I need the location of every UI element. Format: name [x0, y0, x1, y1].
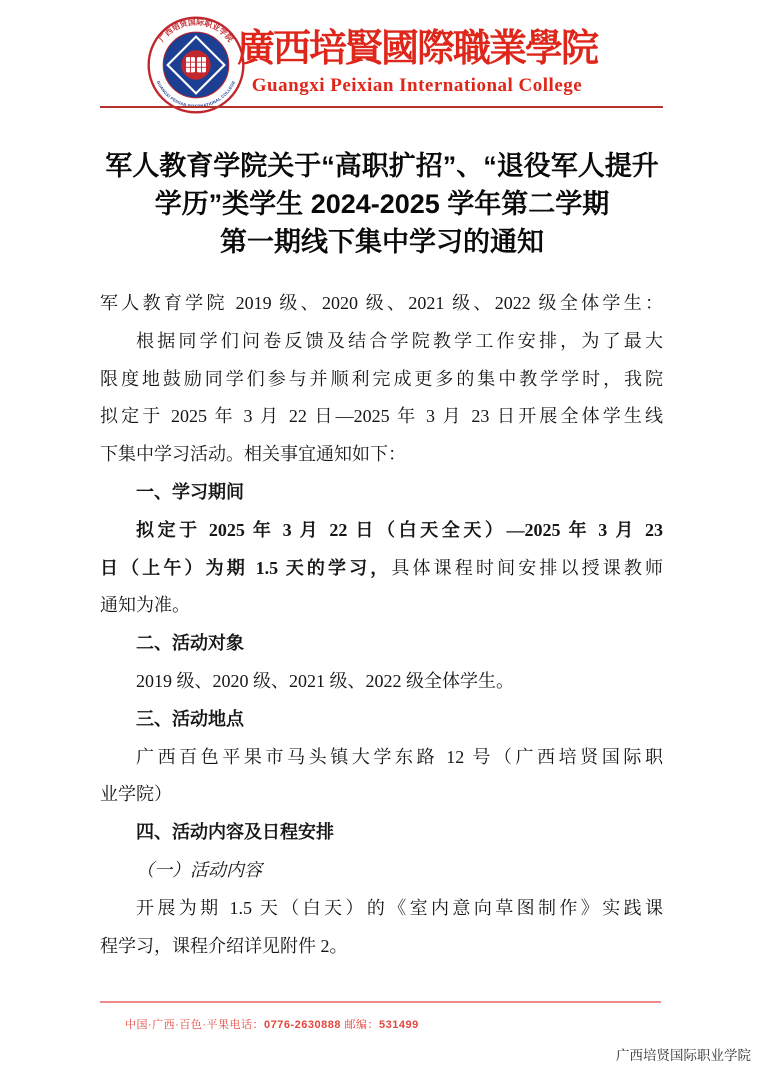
- footer-divider-rule: [100, 1001, 661, 1003]
- notice-title: 军人教育学院关于“高职扩招”、“退役军人提升学历”类学生 2024-2025 学…: [84, 147, 680, 261]
- footer-contact-info: 中国·广西·百色·平果电话：0776-2630888 邮编：531499: [125, 1018, 419, 1033]
- text-segment: 拟定于 2025 年 3 月 22 日（白天全天）—2025 年 3 月 23: [136, 520, 663, 540]
- text-segment: 根据同学们问卷反馈及结合学院教学工作安排，为了最大: [136, 331, 663, 351]
- body-line: 拟定于 2025 年 3 月 22 日（白天全天）—2025 年 3 月 23: [100, 512, 663, 550]
- text-segment: 下集中学习活动。相关事宜通知如下：: [100, 444, 406, 464]
- text-segment: 业学院）: [100, 784, 172, 804]
- body-line: 根据同学们问卷反馈及结合学院教学工作安排，为了最大: [100, 323, 663, 361]
- text-segment: 具体课程时间安排以授课教师: [391, 558, 663, 578]
- document-page: 广西培贤国际职业学院 GUANGXI PEIXIAN INTERNATIONAL…: [0, 0, 764, 1080]
- body-line: 拟定于 2025 年 3 月 22 日—2025 年 3 月 23 日开展全体学…: [100, 398, 663, 436]
- seal-center-circle: [181, 50, 210, 79]
- body-line: 军人教育学院 2019 级、2020 级、2021 级、2022 级全体学生：: [100, 285, 663, 323]
- body-line: 广西百色平果市马头镇大学东路 12 号（广西培贤国际职: [100, 739, 663, 777]
- text-segment: 程学习，课程介绍详见附件 2。: [100, 936, 348, 956]
- text-segment: 中国·广西·百色·平果电话：: [125, 1019, 264, 1031]
- text-segment: 二、活动对象: [136, 633, 244, 653]
- text-segment: 限度地鼓励同学们参与并顺利完成更多的集中教学学时，我院: [100, 369, 663, 389]
- title-line: 军人教育学院关于“高职扩招”、“退役军人提升: [84, 147, 680, 185]
- text-segment: 广西百色平果市马头镇大学东路 12 号（广西培贤国际职: [136, 747, 663, 767]
- text-segment: 开展为期 1.5 天（白天）的《室内意向草图制作》实践课: [136, 898, 663, 918]
- body-line: （一）活动内容: [100, 852, 663, 890]
- body-line: 四、活动内容及日程安排: [100, 814, 663, 852]
- body-line: 日（上午）为期 1.5 天的学习，具体课程时间安排以授课教师: [100, 550, 663, 588]
- title-line: 学历”类学生 2024-2025 学年第二学期: [84, 185, 680, 223]
- notice-body: 军人教育学院 2019 级、2020 级、2021 级、2022 级全体学生：根…: [100, 285, 663, 965]
- watermark-text: 广西培贤国际职业学院: [616, 1044, 751, 1064]
- body-line: 通知为准。: [100, 587, 663, 625]
- text-segment: 三、活动地点: [136, 709, 244, 729]
- text-segment: 拟定于 2025 年 3 月 22 日—2025 年 3 月 23 日开展全体学…: [100, 406, 663, 426]
- text-segment: 一、学习期间: [136, 482, 244, 502]
- text-segment: 邮编：: [341, 1019, 379, 1031]
- college-name-zh: 廣西培賢國際職業學院: [228, 22, 606, 74]
- text-segment: （一）活动内容: [136, 860, 262, 880]
- body-line: 一、学习期间: [100, 474, 663, 512]
- text-segment: 531499: [379, 1019, 419, 1031]
- text-segment: 2019 级、2020 级、2021 级、2022 级全体学生。: [136, 671, 514, 691]
- body-line: 限度地鼓励同学们参与并顺利完成更多的集中教学学时，我院: [100, 361, 663, 399]
- body-line: 三、活动地点: [100, 701, 663, 739]
- title-line: 第一期线下集中学习的通知: [84, 223, 680, 261]
- body-line: 程学习，课程介绍详见附件 2。: [100, 928, 663, 966]
- body-line: 二、活动对象: [100, 625, 663, 663]
- header-brand: 廣西培賢國際職業學院 Guangxi Peixian International…: [228, 22, 606, 97]
- text-segment: 0776-2630888: [264, 1019, 341, 1031]
- text-segment: 通知为准。: [100, 595, 190, 615]
- body-line: 业学院）: [100, 776, 663, 814]
- body-line: 下集中学习活动。相关事宜通知如下：: [100, 436, 663, 474]
- header-divider-rule: [100, 106, 663, 108]
- college-name-en: Guangxi Peixian International College: [228, 75, 606, 97]
- text-segment: 日（上午）为期 1.5 天的学习，: [100, 558, 391, 578]
- body-line: 开展为期 1.5 天（白天）的《室内意向草图制作》实践课: [100, 890, 663, 928]
- text-segment: 四、活动内容及日程安排: [136, 822, 334, 842]
- text-segment: 军人教育学院 2019 级、2020 级、2021 级、2022 级全体学生：: [100, 293, 663, 313]
- body-line: 2019 级、2020 级、2021 级、2022 级全体学生。: [100, 663, 663, 701]
